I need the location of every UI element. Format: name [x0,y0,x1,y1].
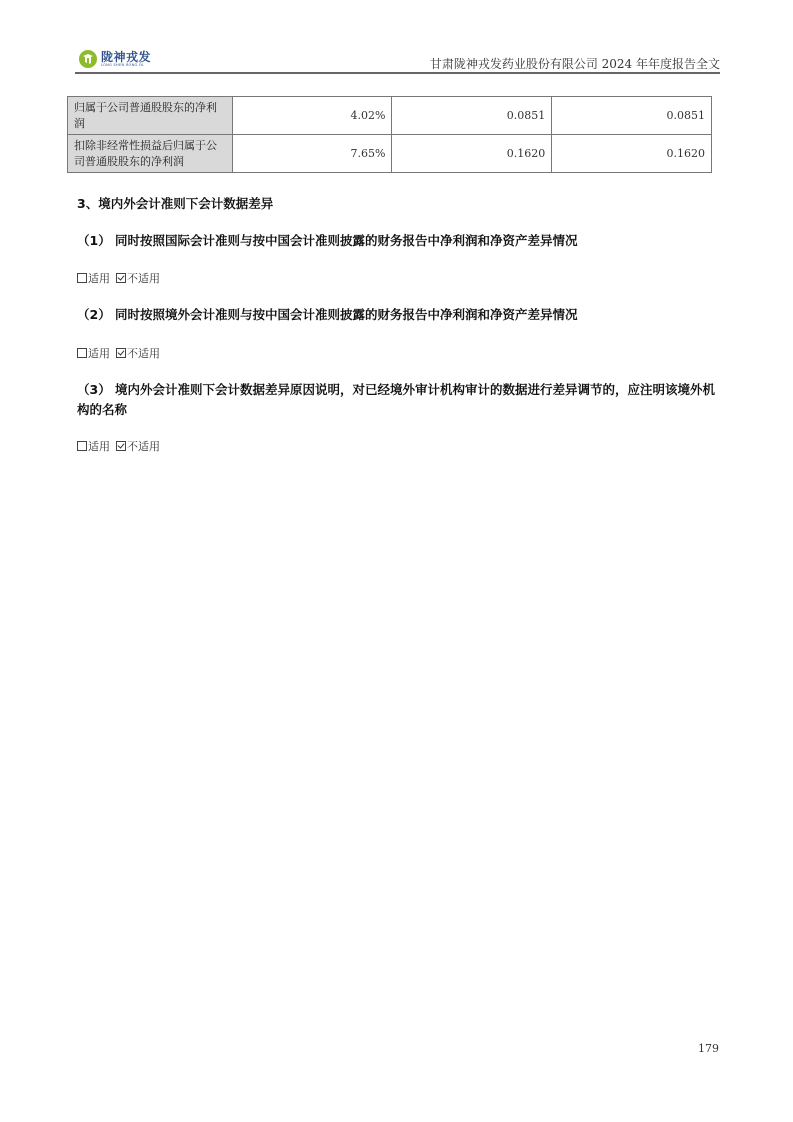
unchecked-box-icon[interactable] [77,273,87,283]
not-applicable-option[interactable]: 不适用 [116,438,160,454]
not-applicable-label: 不适用 [127,270,160,286]
checked-box-icon[interactable] [116,273,126,283]
eps-roe-table: 归属于公司普通股股东的净利润 4.02% 0.0851 0.0851 扣除非经常… [67,96,712,173]
longshen-rongfa-logo-icon [79,50,97,68]
applicable-option[interactable]: 适用 [77,438,110,454]
subsection-heading-1: （1） 同时按照国际会计准则与按中国会计准则披露的财务报告中净利润和净资产差异情… [77,231,717,251]
row-label: 扣除非经常性损益后归属于公司普通股股东的净利润 [68,135,233,173]
section-heading: 3、境内外会计准则下会计数据差异 [77,194,273,212]
applicable-label: 适用 [88,438,110,454]
page-number: 179 [698,1042,719,1055]
unchecked-box-icon[interactable] [77,348,87,358]
page-header: 陇神戎发 LONG SHEN RONG FA 甘肃陇神戎发药业股份有限公司 20… [75,46,720,74]
weighted-roe-cell: 7.65% [232,135,392,173]
not-applicable-option[interactable]: 不适用 [116,270,160,286]
applicable-label: 适用 [88,270,110,286]
checked-box-icon[interactable] [116,348,126,358]
applicability-options-3: 适用 不适用 [77,438,166,454]
logo-name-cn: 陇神戎发 [101,51,151,63]
basic-eps-cell: 0.0851 [392,97,552,135]
table-row: 扣除非经常性损益后归属于公司普通股股东的净利润 7.65% 0.1620 0.1… [68,135,712,173]
table-row: 归属于公司普通股股东的净利润 4.02% 0.0851 0.0851 [68,97,712,135]
weighted-roe-cell: 4.02% [232,97,392,135]
applicable-option[interactable]: 适用 [77,345,110,361]
checked-box-icon[interactable] [116,441,126,451]
diluted-eps-cell: 0.0851 [552,97,712,135]
applicable-option[interactable]: 适用 [77,270,110,286]
report-title: 甘肃陇神戎发药业股份有限公司 2024 年年度报告全文 [430,55,720,72]
not-applicable-option[interactable]: 不适用 [116,345,160,361]
header-divider [75,72,720,74]
not-applicable-label: 不适用 [127,438,160,454]
unchecked-box-icon[interactable] [77,441,87,451]
row-label: 归属于公司普通股股东的净利润 [68,97,233,135]
not-applicable-label: 不适用 [127,345,160,361]
logo-name-en: LONG SHEN RONG FA [101,64,151,68]
subsection-heading-2: （2） 同时按照境外会计准则与按中国会计准则披露的财务报告中净利润和净资产差异情… [77,305,717,325]
subsection-heading-3: （3） 境内外会计准则下会计数据差异原因说明，对已经境外审计机构审计的数据进行差… [77,380,717,420]
applicability-options-2: 适用 不适用 [77,345,166,361]
applicability-options-1: 适用 不适用 [77,270,166,286]
applicable-label: 适用 [88,345,110,361]
basic-eps-cell: 0.1620 [392,135,552,173]
diluted-eps-cell: 0.1620 [552,135,712,173]
company-logo: 陇神戎发 LONG SHEN RONG FA [79,50,151,68]
